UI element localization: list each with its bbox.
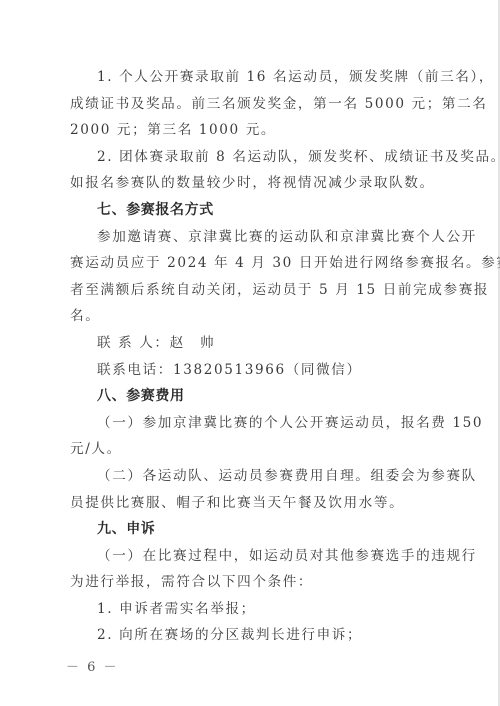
section-8-heading: 八、参赛费用 [70, 383, 434, 410]
award-individual-line-3: 2000 元；第三名 1000 元。 [70, 117, 434, 144]
page-number: － 6 － [66, 656, 119, 675]
appeal-condition-1: 1. 申诉者需实名举报； [70, 596, 434, 623]
award-individual-line-1: 1. 个人公开赛录取前 16 名运动员，颁发奖牌（前三名）， [70, 64, 434, 91]
appeal-item-1-line-1: （一）在比赛过程中，如运动员对其他参赛选手的违规行 [70, 543, 434, 570]
registration-line-1: 参加邀请赛、京津冀比赛的运动队和京津冀比赛个人公开 [70, 224, 434, 251]
section-7-heading: 七、参赛报名方式 [70, 197, 434, 224]
contact-person: 联 系 人：赵 帅 [70, 330, 434, 357]
contact-phone: 联系电话：13820513966（同微信） [70, 357, 434, 384]
award-team-line-1: 2. 团体赛录取前 8 名运动队，颁发奖杯、成绩证书及奖品。 [70, 144, 434, 171]
fee-item-1-line-1: （一）参加京津冀比赛的个人公开赛运动员，报名费 150 [70, 410, 434, 437]
document-body: 1. 个人公开赛录取前 16 名运动员，颁发奖牌（前三名）， 成绩证书及奖品。前… [70, 64, 434, 649]
appeal-condition-2: 2. 向所在赛场的分区裁判长进行申诉； [70, 622, 434, 649]
registration-line-2: 赛运动员应于 2024 年 4 月 30 日开始进行网络参赛报名。参赛 [70, 250, 434, 277]
fee-item-1-line-2: 元/人。 [70, 436, 434, 463]
registration-line-4: 名。 [70, 303, 434, 330]
section-9-heading: 九、申诉 [70, 516, 434, 543]
fee-item-2-line-1: （二）各运动队、运动员参赛费用自理。组委会为参赛队 [70, 463, 434, 490]
award-individual-line-2: 成绩证书及奖品。前三名颁发奖金，第一名 5000 元；第二名 [70, 91, 434, 118]
fee-item-2-line-2: 员提供比赛服、帽子和比赛当天午餐及饮用水等。 [70, 490, 434, 517]
appeal-item-1-line-2: 为进行举报，需符合以下四个条件： [70, 569, 434, 596]
registration-line-3: 者至满额后系统自动关闭，运动员于 5 月 15 日前完成参赛报 [70, 277, 434, 304]
award-team-line-2: 如报名参赛队的数量较少时，将视情况减少录取队数。 [70, 170, 434, 197]
